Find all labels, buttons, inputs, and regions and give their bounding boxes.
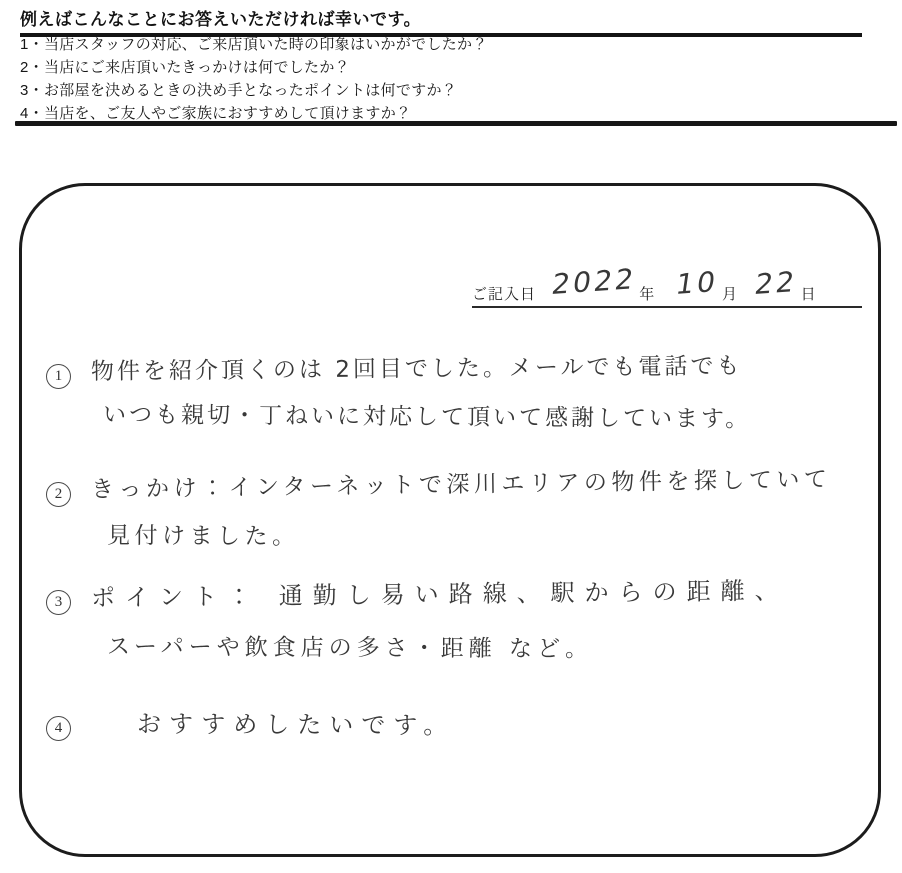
date-month-unit: 月 [722,283,737,304]
scanned-survey-page: 例えばこんなことにお答えいただければ幸いです。 1・当店スタッフの対応、ご来店頂… [0,0,902,873]
date-year-unit: 年 [639,283,654,304]
answer-3-text: ポイント： 通勤し易い路線、駅からの距離、 スーパーや飲食店の多さ・距離 など。 [91,584,789,661]
question-list: 1・当店スタッフの対応、ご来店頂いた時の印象はいかがでしたか？ 2・当店にご来店… [20,33,880,125]
answer-4-text: おすすめしたいです。 [91,710,455,738]
answer-3-line-2: スーパーや飲食店の多さ・距離 など。 [107,633,789,665]
answer-2-line-2: 見付けました。 [107,522,832,554]
date-label: ご記入日 [472,283,536,304]
answer-2-line-1: きっかけ：インターネットで深川エリアの物件を探していて [91,466,832,504]
date-day-unit: 日 [801,283,816,304]
question-1: 1・当店スタッフの対応、ご来店頂いた時の印象はいかがでしたか？ [20,33,880,56]
answer-4: 4 おすすめしたいです。 [46,710,455,741]
answer-4-circled-number: 4 [46,716,71,741]
fill-in-date-row: ご記入日 2022 年 10 月 22 日 [472,278,862,308]
date-year-value: 2022 [550,266,638,298]
answer-1-line-2: いつも親切・丁ねいに対応して頂いて感謝しています。 [103,401,751,434]
question-3: 3・お部屋を決めるときの決め手となったポイントは何ですか？ [20,79,880,102]
question-2: 2・当店にご来店頂いたきっかけは何でしたか？ [20,56,880,79]
date-month-value: 10 [674,269,720,298]
answer-1-text: 物件を紹介頂くのは 2回目でした。メールでも電話でも いつも親切・丁ねいに対応し… [91,358,751,429]
section-divider [15,121,897,126]
answer-1: 1 物件を紹介頂くのは 2回目でした。メールでも電話でも いつも親切・丁ねいに対… [46,358,751,429]
date-day-value: 22 [753,269,799,298]
handwritten-answer-box: ご記入日 2022 年 10 月 22 日 1 物件を紹介頂くのは 2回目でした… [19,183,881,857]
answer-2-text: きっかけ：インターネットで深川エリアの物件を探していて 見付けました。 [91,476,831,550]
answer-1-circled-number: 1 [46,364,71,389]
answer-2-circled-number: 2 [46,482,71,507]
answer-3-line-1: ポイント： 通勤し易い路線、駅からの距離、 [91,577,789,612]
answer-3: 3 ポイント： 通勤し易い路線、駅からの距離、 スーパーや飲食店の多さ・距離 な… [46,584,789,661]
answer-3-circled-number: 3 [46,590,71,615]
answer-1-line-1: 物件を紹介頂くのは 2回目でした。メールでも電話でも [91,352,751,386]
answer-2: 2 きっかけ：インターネットで深川エリアの物件を探していて 見付けました。 [46,476,831,550]
answer-4-line-1: おすすめしたいです。 [137,710,455,740]
